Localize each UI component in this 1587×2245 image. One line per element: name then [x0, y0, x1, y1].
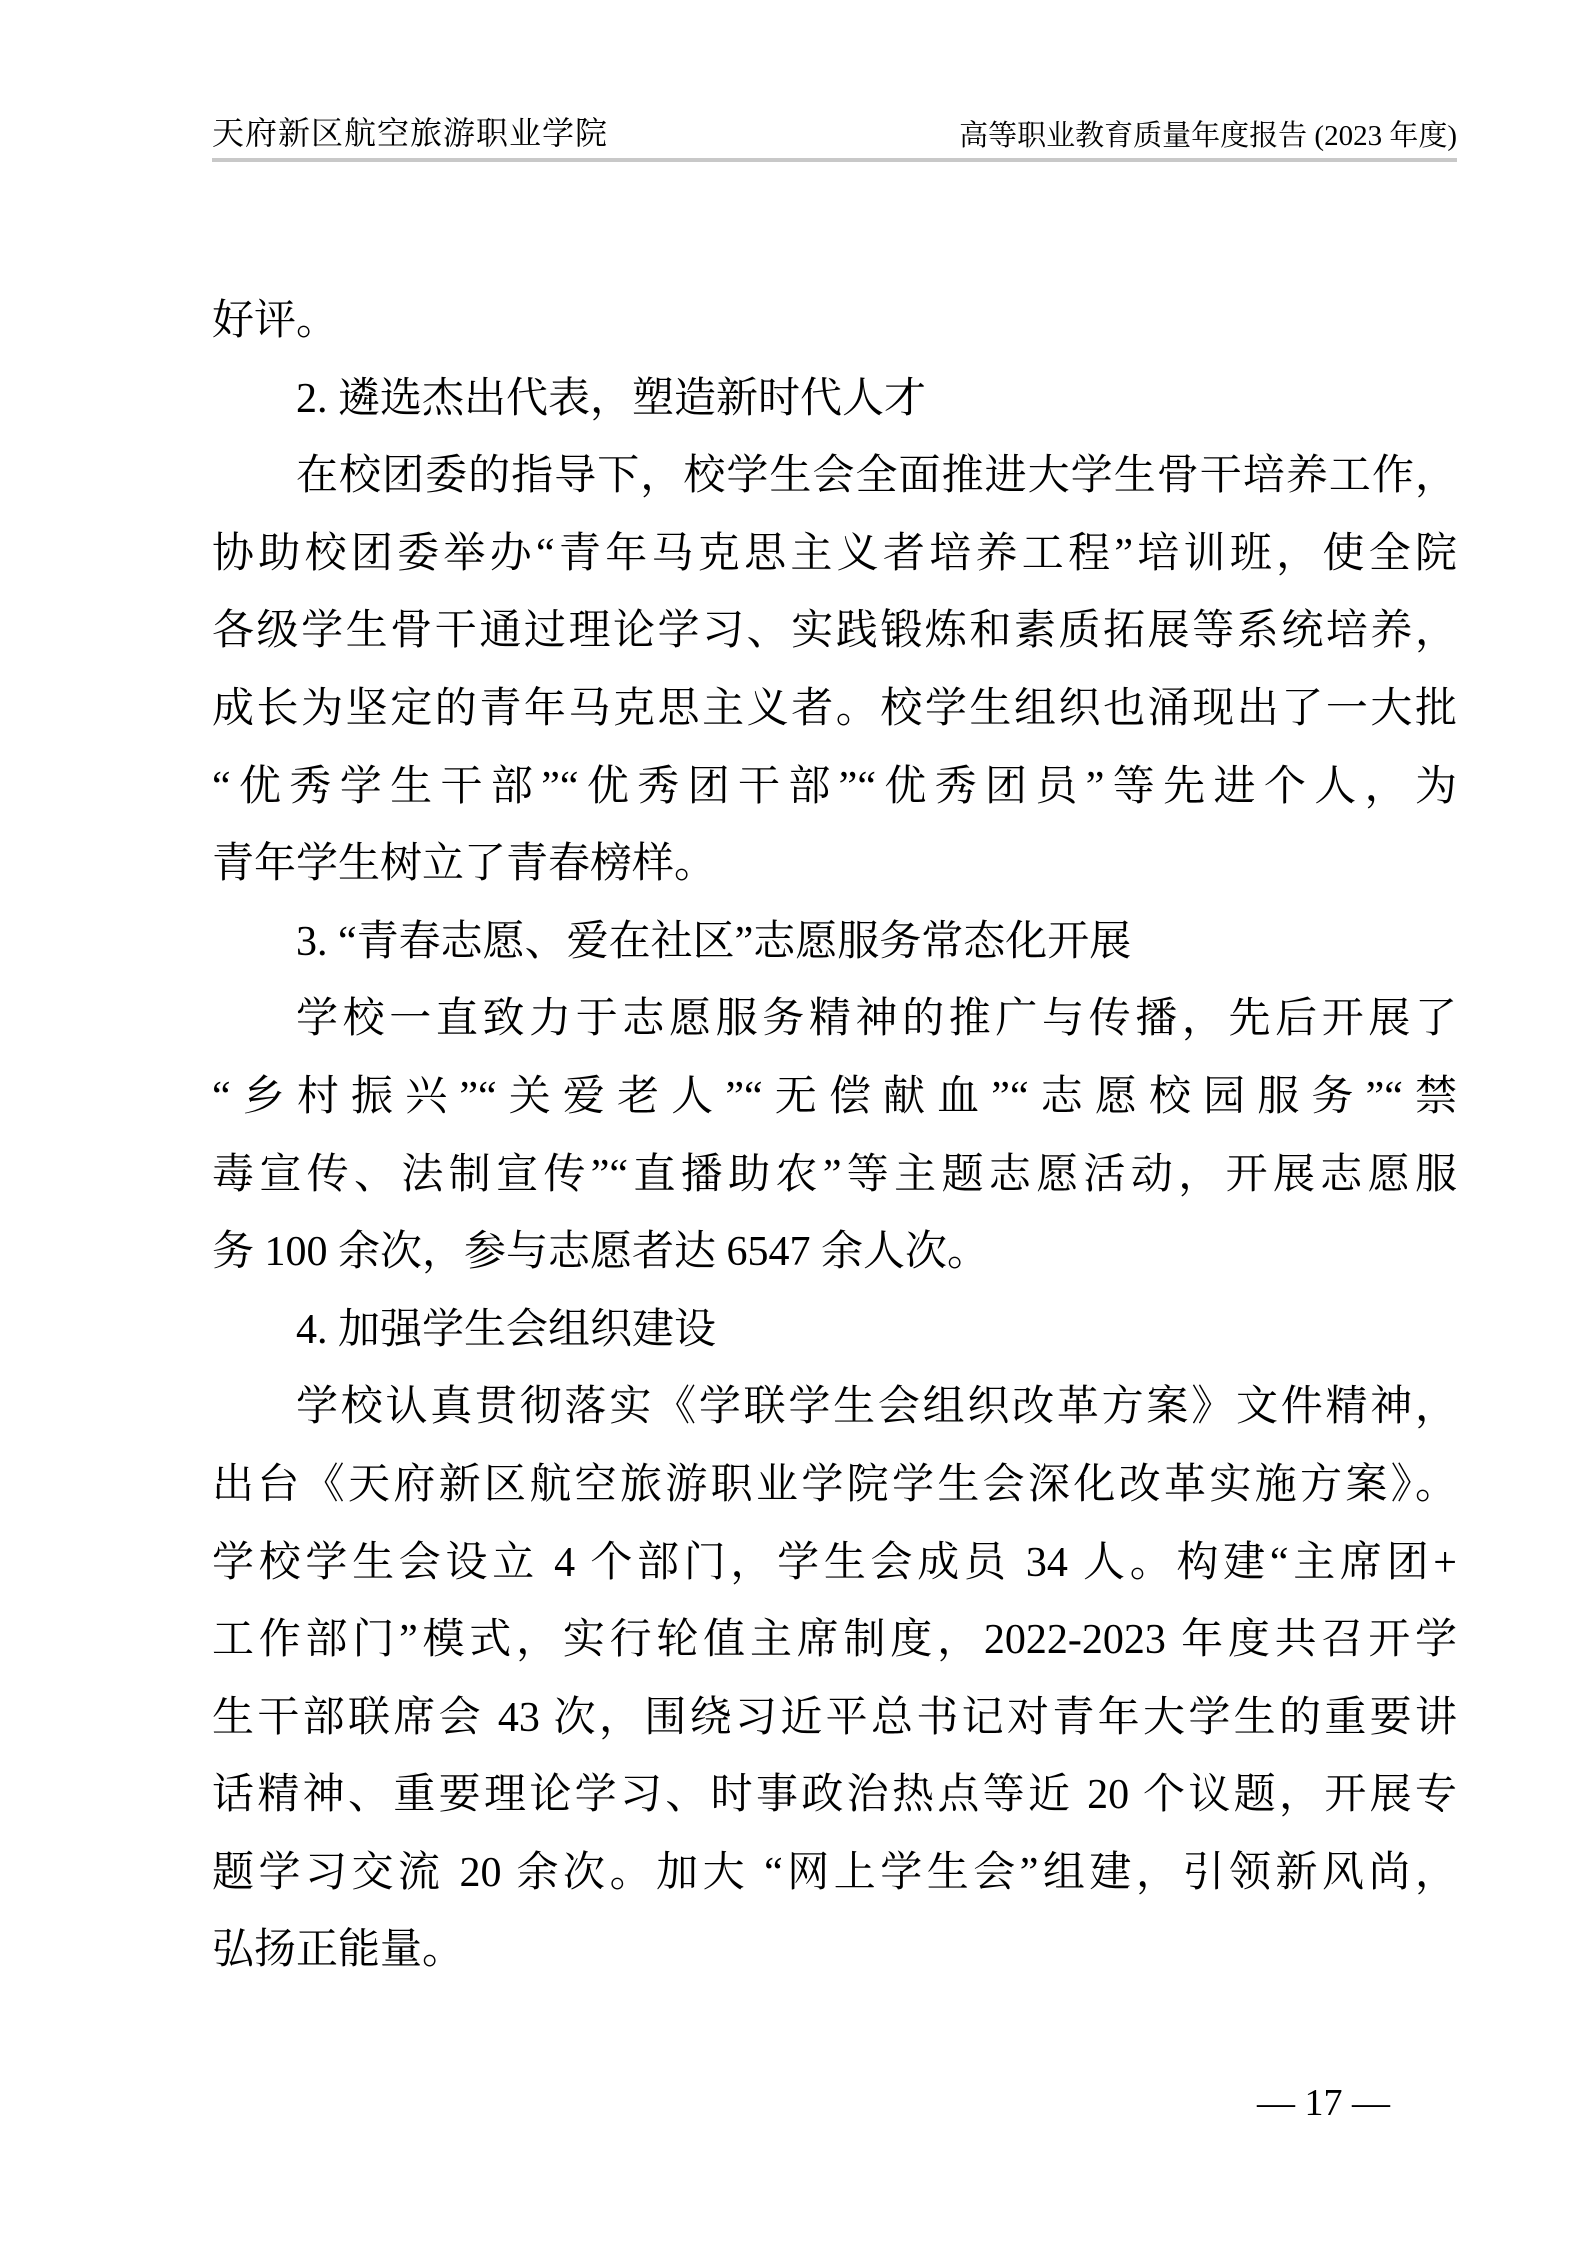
text-line: 题学习交流 20 余次。加大 “网上学生会”组建，引领新风尚， [212, 1835, 1457, 1913]
section-heading: 4. 加强学生会组织建设 [212, 1292, 1457, 1370]
header-report-title: 高等职业教育质量年度报告 (2023 年度) [959, 113, 1457, 154]
text-line: 话精神、重要理论学习、时事政治热点等近 20 个议题，开展专 [212, 1757, 1457, 1835]
text-line: 生干部联席会 43 次，围绕习近平总书记对青年大学生的重要讲 [212, 1680, 1457, 1758]
page-number: — 17 — [1257, 2081, 1390, 2125]
section-heading: 2. 遴选杰出代表，塑造新时代人才 [212, 361, 1457, 439]
section-heading: 3. “青春志愿、爱在社区”志愿服务常态化开展 [212, 904, 1457, 982]
text-line: “优秀学生干部”“优秀团干部”“优秀团员”等先进个人，为 [212, 749, 1457, 827]
text-line: 出台《天府新区航空旅游职业学院学生会深化改革实施方案》。 [212, 1447, 1457, 1525]
text-line: 学校认真贯彻落实《学联学生会组织改革方案》文件精神， [212, 1369, 1457, 1447]
text-line: 学校学生会设立 4 个部门，学生会成员 34 人。构建“主席团+ [212, 1525, 1457, 1603]
page-header: 天府新区航空旅游职业学院 高等职业教育质量年度报告 (2023 年度) [212, 108, 1457, 154]
document-page: 天府新区航空旅游职业学院 高等职业教育质量年度报告 (2023 年度) 好评。 … [0, 0, 1587, 2245]
text-line: 青年学生树立了青春榜样。 [212, 826, 1457, 904]
header-school-name: 天府新区航空旅游职业学院 [212, 108, 608, 154]
text-line: 协助校团委举办“青年马克思主义者培养工程”培训班，使全院 [212, 516, 1457, 594]
text-line: 成长为坚定的青年马克思主义者。校学生组织也涌现出了一大批 [212, 671, 1457, 749]
text-line: 学校一直致力于志愿服务精神的推广与传播，先后开展了 [212, 981, 1457, 1059]
body-text: 好评。 2. 遴选杰出代表，塑造新时代人才 在校团委的指导下，校学生会全面推进大… [212, 283, 1457, 1990]
text-line: 务 100 余次，参与志愿者达 6547 余人次。 [212, 1214, 1457, 1292]
text-line: 工作部门”模式，实行轮值主席制度，2022-2023 年度共召开学 [212, 1602, 1457, 1680]
text-line: 毒宣传、法制宣传”“直播助农”等主题志愿活动，开展志愿服 [212, 1137, 1457, 1215]
text-line: 各级学生骨干通过理论学习、实践锻炼和素质拓展等系统培养， [212, 593, 1457, 671]
text-line: 好评。 [212, 283, 1457, 361]
text-line: 在校团委的指导下，校学生会全面推进大学生骨干培养工作， [212, 438, 1457, 516]
text-line: “乡村振兴”“关爱老人”“无偿献血”“志愿校园服务”“禁 [212, 1059, 1457, 1137]
text-line: 弘扬正能量。 [212, 1912, 1457, 1990]
header-divider [212, 158, 1457, 162]
